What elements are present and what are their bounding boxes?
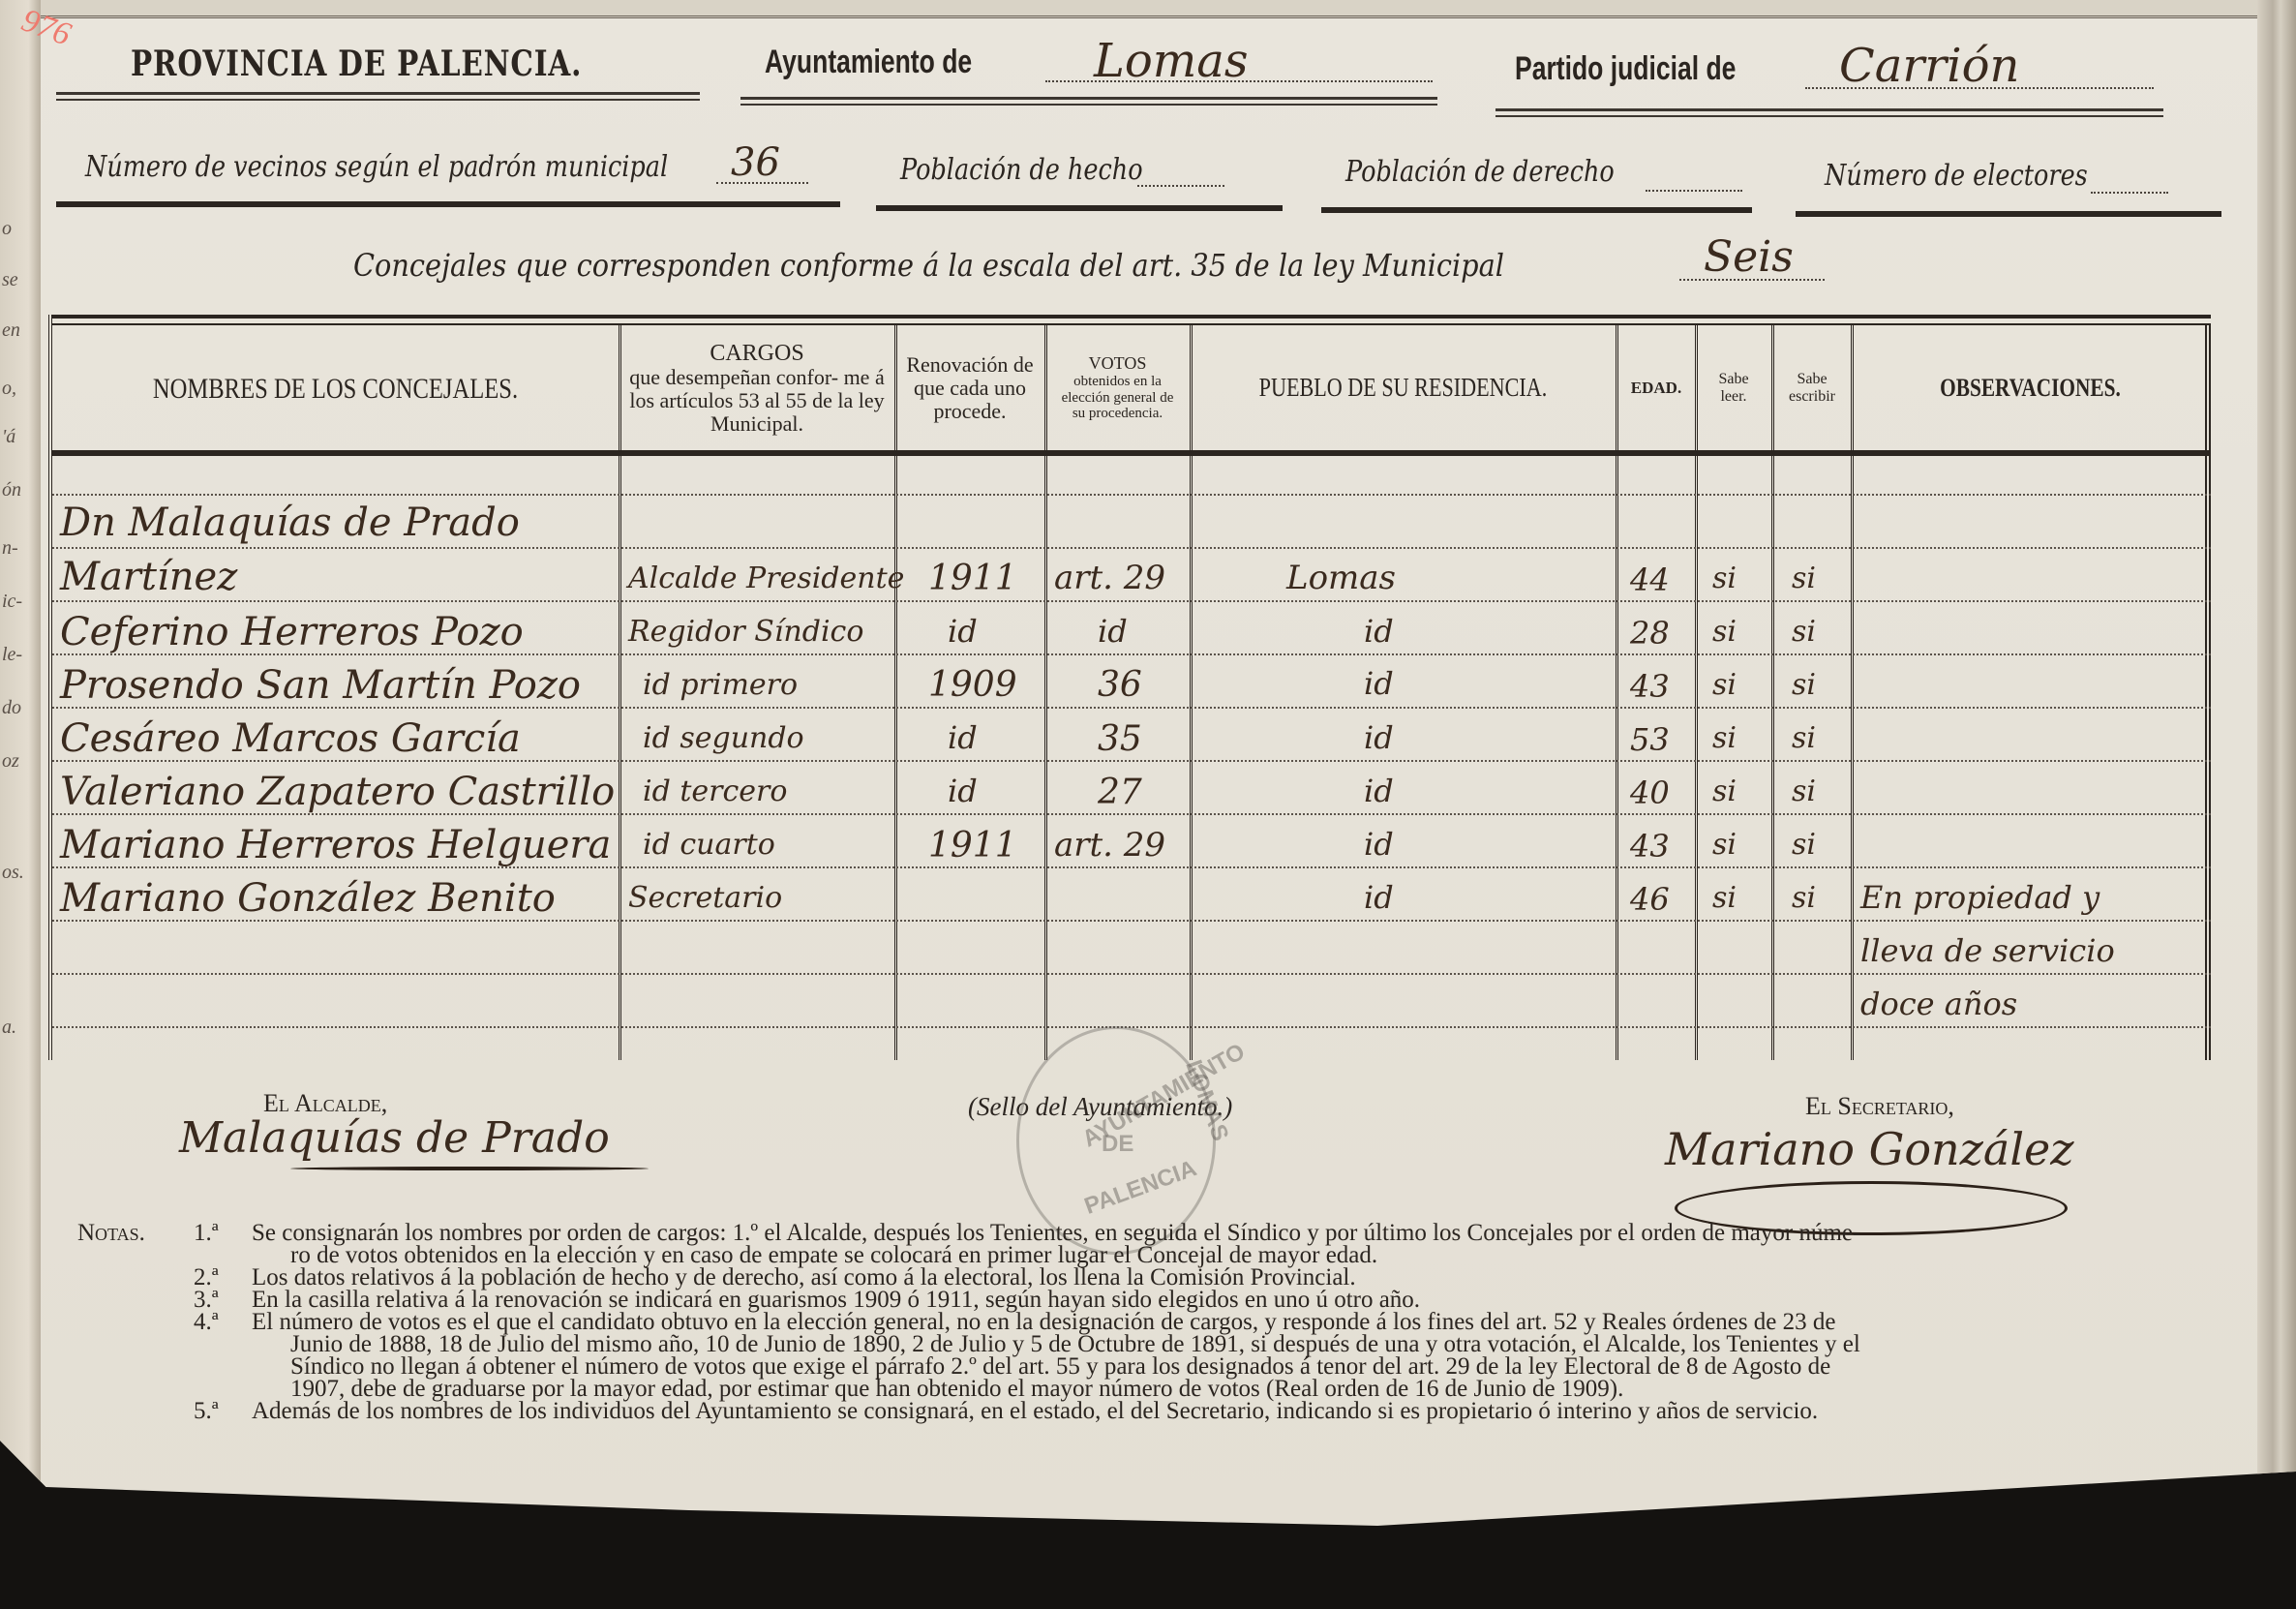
row-4-pueblo: id [1364, 719, 1394, 756]
row-2-pueblo: id [1364, 613, 1394, 650]
margin-fragment: le- [2, 644, 22, 666]
row-4-renovacion: id [948, 719, 978, 756]
note-line: Se consignarán los nombres por orden de … [252, 1222, 2207, 1244]
divider [56, 201, 840, 207]
row-rule [52, 547, 2211, 549]
row-6-pueblo: id [1364, 826, 1394, 863]
margin-fragment: os. [2, 862, 24, 884]
partido-value: Carrión [1839, 39, 2019, 93]
row-7-nombre: Mariano González Benito [60, 876, 556, 921]
poblacion-hecho-label: Población de hecho [900, 153, 1143, 187]
table-top-rule [52, 315, 2211, 325]
note-number: 5.ª [194, 1400, 219, 1422]
concejales-table: NOMBRES DE LOS CONCEJALES. CARGOS que de… [48, 315, 2211, 1060]
row-3-votos: 36 [1098, 665, 1142, 705]
row-3-edad: 43 [1630, 668, 1670, 705]
row-7-observaciones: En propiedad y [1860, 879, 2100, 916]
header-nombres: NOMBRES DE LOS CONCEJALES. [104, 326, 568, 450]
secretario-label: El Secretario, [1805, 1092, 1954, 1121]
divider [56, 92, 700, 101]
row-6-votos: art. 29 [1054, 826, 1165, 865]
note-5: 5.ª Además de los nombres de los individ… [77, 1400, 2207, 1422]
seal-text: PALENCIA [1081, 1155, 1200, 1221]
divider [740, 97, 1437, 106]
row-2-leer: si [1712, 615, 1737, 649]
note-line: Además de los nombres de los individuos … [252, 1400, 2207, 1422]
row-4-cargo: id segundo [643, 721, 804, 755]
row-3-escribir: si [1792, 668, 1816, 702]
row-1-leer: si [1712, 562, 1737, 595]
header-votos-title: VOTOS [1089, 354, 1147, 374]
row-5-cargo: id tercero [643, 774, 787, 808]
header-cargos-title: CARGOS [710, 341, 803, 366]
margin-fragment: 'á [2, 426, 15, 448]
margin-fragment: ic- [2, 591, 22, 613]
row-5-votos: 27 [1098, 773, 1142, 812]
row-8-observaciones: lleva de servicio [1860, 932, 2115, 969]
row-4-escribir: si [1792, 721, 1816, 755]
row-2-escribir: si [1792, 615, 1816, 649]
note-line: 1907, debe de graduarse por la mayor eda… [252, 1378, 2207, 1400]
secretario-signature: Mariano González [1665, 1123, 2074, 1175]
row-1-renovacion: 1911 [928, 559, 1017, 598]
margin-fragment: a. [2, 1017, 16, 1039]
row-2-nombre: Ceferino Herreros Pozo [60, 610, 524, 654]
row-4-edad: 53 [1630, 721, 1670, 758]
row-6-edad: 43 [1630, 828, 1670, 865]
row-5-nombre: Valeriano Zapatero Castrillo [60, 770, 615, 814]
note-number: 4.ª [194, 1311, 219, 1333]
margin-fragment: o, [2, 378, 16, 400]
row-2-renovacion: id [948, 613, 978, 650]
divider [1495, 108, 2163, 117]
margin-fragment: n- [2, 537, 18, 560]
row-rule [52, 600, 2211, 602]
note-line: Junio de 1888, 18 de Julio del mismo año… [252, 1333, 2207, 1355]
row-2-votos: id [1098, 613, 1128, 650]
row-6-nombre: Mariano Herreros Helguera [60, 823, 611, 867]
margin-fragment: o [2, 218, 12, 240]
row-7-edad: 46 [1630, 881, 1670, 918]
row-1-votos: art. 29 [1054, 559, 1165, 597]
vecinos-value: 36 [731, 140, 780, 185]
note-line: El número de votos es el que el candidat… [252, 1311, 2207, 1333]
concejales-value: Seis [1704, 232, 1794, 282]
header-votos-sub: obtenidos en la elección general de su p… [1055, 374, 1181, 422]
table-header-rule [52, 450, 2211, 456]
row-1-nombre: Martínez [60, 555, 237, 599]
row-6-renovacion: 1911 [928, 826, 1017, 865]
row-5-leer: si [1712, 774, 1737, 808]
row-6-escribir: si [1792, 828, 1816, 862]
note-3: 3.ª En la casilla relativa á la renovaci… [77, 1289, 2207, 1311]
note-2: 2.ª Los datos relativos á la población d… [77, 1266, 2207, 1289]
row-5-escribir: si [1792, 774, 1816, 808]
note-number: 1.ª [194, 1222, 219, 1244]
row-1-pueblo: Lomas [1286, 559, 1396, 597]
partido-label: Partido judicial de [1515, 50, 1736, 88]
note-number: 2.ª [194, 1266, 219, 1289]
row-3-renovacion: 1909 [928, 665, 1017, 705]
row-7-pueblo: id [1364, 879, 1394, 916]
divider [1796, 211, 2221, 217]
header-cargos-sub: que desempeñan confor- me á los artículo… [626, 366, 888, 437]
poblacion-hecho-field[interactable] [1137, 158, 1224, 187]
ayuntamiento-value: Lomas [1094, 34, 1249, 88]
header-edad: EDAD. [1618, 326, 1694, 450]
divider [1321, 207, 1752, 213]
column-divider [1190, 324, 1193, 1060]
row-0-nombre: Dn Malaquías de Prado [60, 501, 520, 545]
vecinos-label: Número de vecinos según el padrón munici… [85, 150, 668, 184]
table-right-border [2205, 324, 2211, 1060]
margin-fragment: se [2, 269, 18, 291]
electores-field[interactable] [2091, 165, 2168, 194]
note-line: En la casilla relativa á la renovación s… [252, 1289, 2207, 1311]
page-top-edge [39, 0, 2267, 18]
row-7-escribir: si [1792, 881, 1816, 915]
alcalde-signature: Malaquías de Prado [179, 1113, 610, 1163]
document-page: o se en o, 'á ón n- ic- le- do oz os. a.… [0, 0, 2296, 1549]
header-votos: VOTOS obtenidos en la elección general d… [1047, 326, 1188, 450]
note-line: Síndico no llegan á obtener el número de… [252, 1355, 2207, 1378]
margin-fragment: do [2, 697, 21, 719]
row-6-cargo: id cuarto [643, 828, 775, 862]
concejales-label: Concejales que corresponden conforme á l… [353, 247, 1504, 284]
row-4-votos: 35 [1098, 719, 1142, 759]
row-1-escribir: si [1792, 562, 1816, 595]
note-line: ro de votos obtenidos en la elección y e… [252, 1244, 2207, 1266]
column-divider [1851, 324, 1854, 1060]
note-number: 3.ª [194, 1289, 219, 1311]
row-3-nombre: Prosendo San Martín Pozo [60, 663, 581, 708]
row-9-observaciones: doce años [1860, 986, 2017, 1022]
row-5-edad: 40 [1630, 774, 1670, 811]
notes-label: Notas. [77, 1222, 145, 1244]
row-7-leer: si [1712, 881, 1737, 915]
province-title: PROVINCIA DE PALENCIA. [131, 44, 582, 84]
notes-section: Notas. 1.ª Se consignarán los nombres po… [77, 1222, 2207, 1422]
row-3-leer: si [1712, 668, 1737, 702]
alcalde-rubric [290, 1167, 649, 1170]
row-4-nombre: Cesáreo Marcos García [60, 716, 521, 761]
facing-page-margin: o se en o, 'á ón n- ic- le- do oz os. a. [0, 0, 41, 1549]
margin-fragment: en [2, 319, 20, 342]
row-2-edad: 28 [1630, 615, 1670, 652]
note-line: Los datos relativos á la población de he… [252, 1266, 2207, 1289]
divider [876, 205, 1283, 211]
row-rule [52, 973, 2211, 975]
page-stack-edge [2257, 0, 2296, 1549]
header-observaciones: OBSERVACIONES. [1886, 326, 2175, 450]
row-2-cargo: Regidor Síndico [628, 615, 863, 649]
row-3-cargo: id primero [643, 668, 798, 702]
row-1-cargo: Alcalde Presidente [628, 562, 904, 595]
row-1-edad: 44 [1630, 562, 1670, 598]
row-5-pueblo: id [1364, 773, 1394, 809]
row-5-renovacion: id [948, 773, 978, 809]
poblacion-derecho-label: Población de derecho [1345, 155, 1615, 189]
row-7-cargo: Secretario [628, 881, 782, 915]
electores-label: Número de electores [1825, 159, 2088, 193]
seal-text: DE [1102, 1131, 1133, 1158]
row-4-leer: si [1712, 721, 1737, 755]
header-sabe-leer: Sabe leer. [1698, 326, 1769, 450]
row-3-pueblo: id [1364, 665, 1394, 702]
header-sabe-escribir: Sabe escribir [1774, 326, 1850, 450]
header-pueblo: PUEBLO DE SU RESIDENCIA. [1230, 326, 1576, 450]
ayuntamiento-label: Ayuntamiento de [765, 44, 972, 81]
margin-fragment: oz [2, 750, 19, 773]
row-6-leer: si [1712, 828, 1737, 862]
poblacion-derecho-field[interactable] [1646, 163, 1742, 192]
header-renovacion: Renovación de que cada uno procede. [897, 326, 1042, 450]
note-1: Notas. 1.ª Se consignarán los nombres po… [77, 1222, 2207, 1266]
margin-fragment: ón [2, 479, 21, 501]
row-rule [52, 494, 2211, 496]
note-4: 4.ª El número de votos es el que el cand… [77, 1311, 2207, 1400]
header-cargos: CARGOS que desempeñan confor- me á los a… [621, 326, 892, 450]
